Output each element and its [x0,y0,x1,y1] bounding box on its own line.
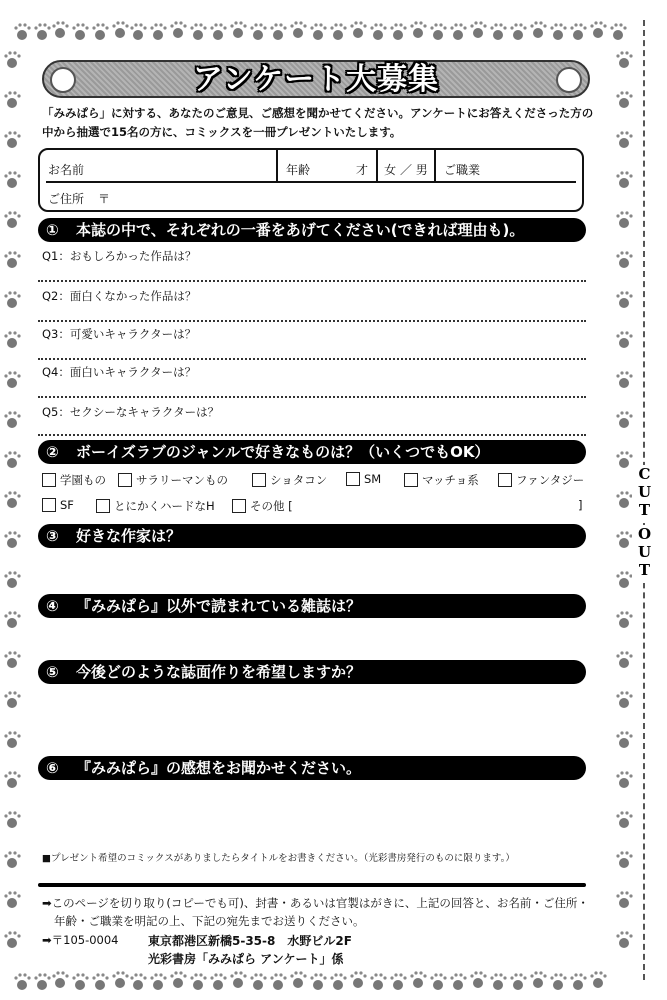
option-label: サラリーマンもの [136,472,228,488]
section-6-header: ⑥『みみぱら』の感想をお聞かせください。 [38,756,586,780]
age-label: 年齢 [286,163,310,177]
answer-line-q4[interactable] [38,396,586,398]
genre-checkbox-macho[interactable]: マッチョ系 [404,472,479,488]
section-number: ⑥ [46,756,76,780]
section-title: ボーイズラブのジャンルで好きなものは？（いくつでもOK） [76,443,490,461]
genre-checkbox-fantasy[interactable]: ファンタジー [498,472,584,488]
answer-line-q2[interactable] [38,320,586,322]
out-text: OUT [636,525,653,579]
page-title: アンケート大募集 [44,62,588,98]
paw-print-border-top [0,18,667,44]
genre-checkbox-school[interactable]: 学園もの [42,472,106,488]
occupation-field[interactable]: ご職業 [434,150,584,182]
checkbox[interactable] [96,499,110,513]
checkbox[interactable] [42,498,56,512]
out-label: OUT [632,525,656,583]
present-note: ■プレゼント希望のコミックスがありましたらタイトルをお書きください。（光彩書房発… [42,850,515,864]
section-title: 本誌の中で、それぞれの一番をあげてください(できれば理由も)。 [76,221,524,239]
intro-text: 「みみぱら」に対する、あなたのご意見、ご感想を聞かせてください。アンケートにお答… [42,104,602,142]
cut-text: CUT [636,465,653,519]
option-label: とにかくハードなH [114,498,215,514]
mailing-address: 東京都港区新橋5-35-8 水野ビル2F [148,932,352,949]
option-label: マッチョ系 [422,472,479,488]
genre-checkbox-shotacon[interactable]: ショタコン [252,472,327,488]
title-banner: アンケート大募集 [42,60,590,98]
name-field[interactable]: お名前 [40,150,270,182]
name-label: お名前 [48,163,84,177]
checkbox[interactable] [404,473,418,487]
answer-line-q3[interactable] [38,358,586,360]
section-title: 好きな作家は？ [76,527,181,545]
occupation-label: ご職業 [444,163,480,177]
genre-checkbox-other[interactable]: その他 [ [232,498,293,514]
checkbox[interactable] [232,499,246,513]
genre-options-row-2: SF とにかくハードなH その他 [ ] [42,498,590,518]
personal-info-form: お名前 年齢才 女 ／ 男 ご職業 ご住所〒 [38,148,584,212]
address-field[interactable]: ご住所〒 [48,190,110,207]
question-q5: Q5：セクシーなキャラクターは？ [42,404,219,420]
divider-rule [38,883,586,887]
section-number: ⑤ [46,660,76,684]
send-instructions: ➡このページを切り取り(コピーでも可)、封書・あるいは官製はがきに、上記の回答と… [42,894,602,930]
address-label: ご住所 [48,192,84,206]
option-label: 学園もの [60,472,106,488]
checkbox[interactable] [118,473,132,487]
option-label: ショタコン [270,472,327,488]
section-5-header: ⑤今後どのような誌面作りを希望しますか？ [38,660,586,684]
question-q2: Q2：面白くなかった作品は？ [42,288,196,304]
genre-checkbox-hard-h[interactable]: とにかくハードなH [96,498,215,514]
option-label: ファンタジー [516,472,584,488]
answer-line-q5[interactable] [38,434,586,436]
option-label: SM [364,472,381,486]
section-4-header: ④『みみぱら』以外で読まれている雑誌は？ [38,594,586,618]
option-label: SF [60,498,74,512]
section-number: ④ [46,594,76,618]
genre-checkbox-sm[interactable]: SM [346,472,381,486]
other-bracket-close: ] [578,498,583,512]
genre-options-row-1: 学園もの サラリーマンもの ショタコン SM マッチョ系 ファンタジー [42,472,590,492]
section-number: ③ [46,524,76,548]
checkbox[interactable] [42,473,56,487]
postal-mark: 〒 [98,192,110,206]
section-title: 『みみぱら』以外で読まれている雑誌は？ [76,597,361,615]
paw-print-border-left [0,20,26,980]
question-q1: Q1：おもしろかった作品は？ [42,248,196,264]
question-q4: Q4：面白いキャラクターは？ [42,364,196,380]
paw-print-border-bottom [0,968,667,994]
divider [46,181,576,183]
mailing-recipient: 光彩書房「みみぱら アンケート」係 [148,950,343,967]
instruction-line-2: 年齢・ご職業を明記の上、下記の宛先までお送りください。 [42,912,602,930]
age-field[interactable]: 年齢才 [276,150,376,182]
genre-checkbox-salaryman[interactable]: サラリーマンもの [118,472,228,488]
option-label: その他 [ [250,498,293,514]
genre-checkbox-sf[interactable]: SF [42,498,74,512]
section-3-header: ③好きな作家は？ [38,524,586,548]
checkbox[interactable] [252,473,266,487]
postal-code: ➡〒105-0004 [42,932,119,948]
sex-label: 女 ／ 男 [384,163,428,177]
info-row-top: お名前 年齢才 女 ／ 男 ご職業 [40,150,582,182]
section-number: ① [46,218,76,242]
instruction-line-1: ➡このページを切り取り(コピーでも可)、封書・あるいは官製はがきに、上記の回答と… [42,894,602,912]
section-1-header: ①本誌の中で、それぞれの一番をあげてください(できれば理由も)。 [38,218,586,242]
age-unit: 才 [356,150,368,190]
section-2-header: ②ボーイズラブのジャンルで好きなものは？（いくつでもOK） [38,440,586,464]
question-q3: Q3：可愛いキャラクターは？ [42,326,196,342]
section-title: 今後どのような誌面作りを希望しますか？ [76,663,361,681]
sex-field[interactable]: 女 ／ 男 [376,150,434,182]
section-number: ② [46,440,76,464]
cut-label: CUT [632,465,656,523]
checkbox[interactable] [498,473,512,487]
answer-line-q1[interactable] [38,280,586,282]
section-title: 『みみぱら』の感想をお聞かせください。 [76,759,361,777]
checkbox[interactable] [346,472,360,486]
